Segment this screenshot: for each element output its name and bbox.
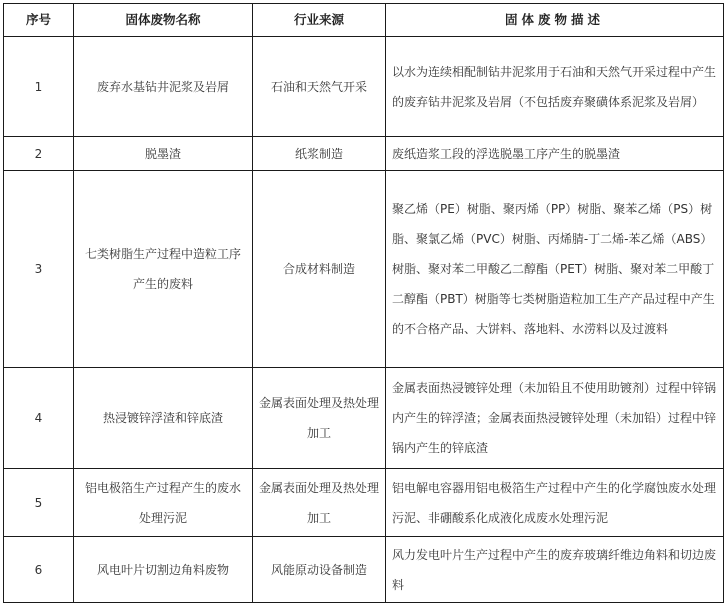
cell-name: 脱墨渣 [74,137,253,171]
header-index: 序号 [4,4,74,37]
cell-description: 风力发电叶片生产过程中产生的废弃玻璃纤维边角料和切边废料 [386,537,724,603]
header-name: 固体废物名称 [74,4,253,37]
cell-industry: 石油和天然气开采 [253,37,386,137]
cell-industry: 金属表面处理及热处理加工 [253,469,386,537]
cell-industry: 风能原动设备制造 [253,537,386,603]
cell-industry: 合成材料制造 [253,171,386,368]
cell-name: 铝电极箔生产过程产生的废水处理污泥 [74,469,253,537]
solid-waste-table: 序号 固体废物名称 行业来源 固体废物描述 1 废弃水基钻井泥浆及岩屑 石油和天… [3,3,724,603]
cell-index: 1 [4,37,74,137]
table-row: 2 脱墨渣 纸浆制造 废纸造浆工段的浮选脱墨工序产生的脱墨渣 [4,137,724,171]
header-description: 固体废物描述 [386,4,724,37]
cell-name: 七类树脂生产过程中造粒工序产生的废料 [74,171,253,368]
cell-index: 4 [4,368,74,469]
cell-description: 聚乙烯（PE）树脂、聚丙烯（PP）树脂、聚苯乙烯（PS）树脂、聚氯乙烯（PVC）… [386,171,724,368]
table-row: 1 废弃水基钻井泥浆及岩屑 石油和天然气开采 以水为连续相配制钻井泥浆用于石油和… [4,37,724,137]
cell-description: 以水为连续相配制钻井泥浆用于石油和天然气开采过程中产生的废弃钻井泥浆及岩屑（不包… [386,37,724,137]
table-row: 4 热浸镀锌浮渣和锌底渣 金属表面处理及热处理加工 金属表面热浸镀锌处理（未加铅… [4,368,724,469]
cell-name: 风电叶片切割边角料废物 [74,537,253,603]
cell-index: 6 [4,537,74,603]
cell-name: 废弃水基钻井泥浆及岩屑 [74,37,253,137]
table-row: 5 铝电极箔生产过程产生的废水处理污泥 金属表面处理及热处理加工 铝电解电容器用… [4,469,724,537]
cell-description: 废纸造浆工段的浮选脱墨工序产生的脱墨渣 [386,137,724,171]
header-industry: 行业来源 [253,4,386,37]
cell-description: 金属表面热浸镀锌处理（未加铅且不使用助镀剂）过程中锌锅内产生的锌浮渣；金属表面热… [386,368,724,469]
cell-index: 5 [4,469,74,537]
header-row: 序号 固体废物名称 行业来源 固体废物描述 [4,4,724,37]
cell-index: 3 [4,171,74,368]
table-row: 6 风电叶片切割边角料废物 风能原动设备制造 风力发电叶片生产过程中产生的废弃玻… [4,537,724,603]
cell-industry: 纸浆制造 [253,137,386,171]
cell-index: 2 [4,137,74,171]
cell-description: 铝电解电容器用铝电极箔生产过程中产生的化学腐蚀废水处理污泥、非硼酸系化成液化成废… [386,469,724,537]
cell-industry: 金属表面处理及热处理加工 [253,368,386,469]
cell-name: 热浸镀锌浮渣和锌底渣 [74,368,253,469]
table-row: 3 七类树脂生产过程中造粒工序产生的废料 合成材料制造 聚乙烯（PE）树脂、聚丙… [4,171,724,368]
